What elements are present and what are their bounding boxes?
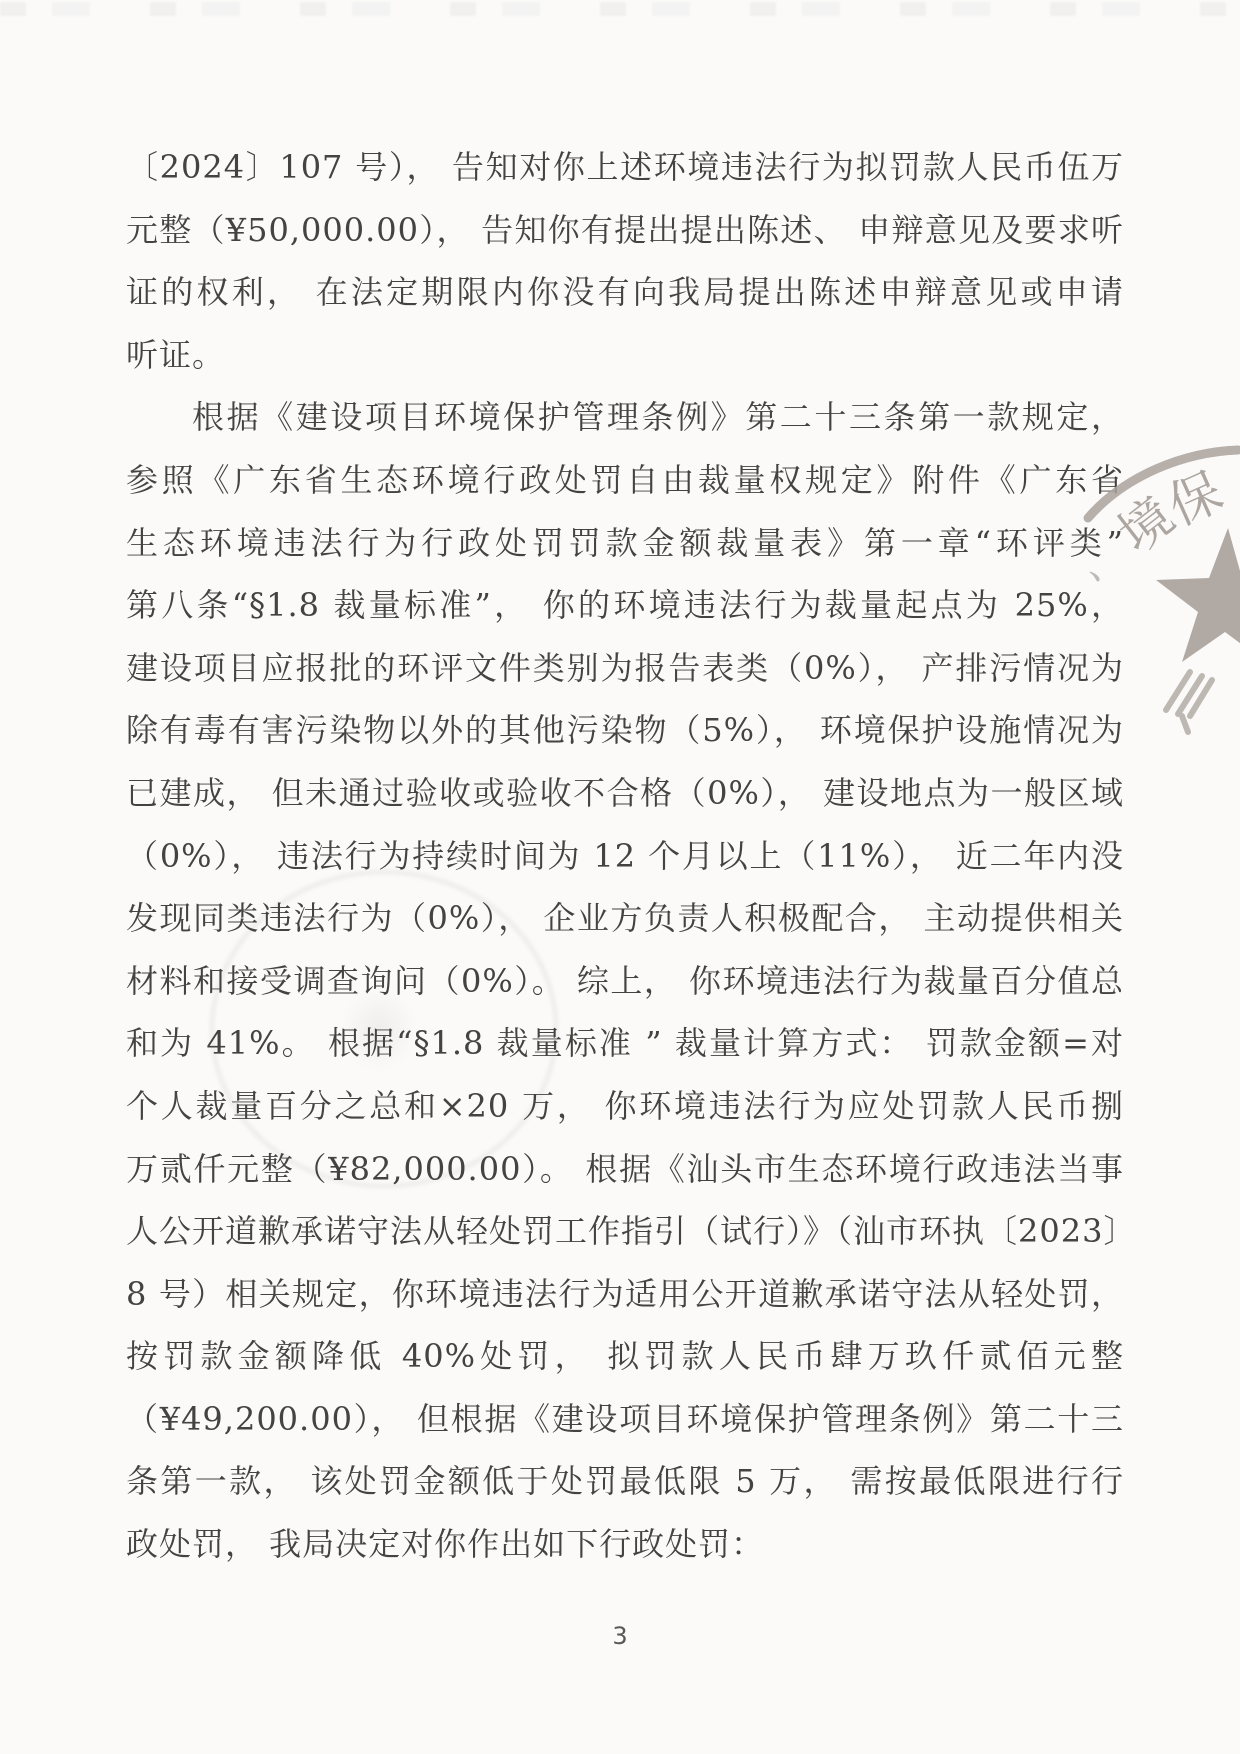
text-line: 材料和接受调查询问（0%）。 综上， 你环境违法行为裁量百分值总: [126, 950, 1124, 1013]
text-line: 和为 41%。 根据“§1.8 裁量标准 ” 裁量计算方式： 罚款金额=对: [126, 1012, 1124, 1075]
text-line: 按罚款金额降低 40%处罚， 拟罚款人民币肆万玖仟贰佰元整: [126, 1325, 1124, 1388]
page-number: 3: [0, 1622, 1240, 1650]
text-line: 已建成， 但未通过验收或验收不合格（0%）， 建设地点为一般区域: [126, 762, 1124, 825]
text-line: 个人裁量百分之总和×20 万， 你环境违法行为应处罚款人民币捌: [126, 1075, 1124, 1138]
seal-hatch-mark: [1166, 672, 1212, 732]
text-line: 建设项目应报批的环评文件类别为报告表类（0%）， 产排污情况为: [126, 637, 1124, 700]
text-line: 发现同类违法行为（0%）， 企业方负责人积极配合， 主动提供相关: [126, 887, 1124, 950]
text-line: 条第一款， 该处罚金额低于处罚最低限 5 万， 需按最低限进行行: [126, 1450, 1124, 1513]
text-line: 政处罚， 我局决定对你作出如下行政处罚：: [126, 1513, 1124, 1576]
text-line: 生态环境违法行为行政处罚罚款金额裁量表》第一章“环评类”: [126, 512, 1124, 575]
document-body: 〔2024〕107 号）， 告知对你上述环境违法行为拟罚款人民币伍万元整（¥50…: [126, 136, 1124, 1576]
paragraph: 根据《建设项目环境保护管理条例》第二十三条第一款规定，参照《广东省生态环境行政处…: [126, 386, 1124, 1575]
text-line: 8 号）相关规定，你环境违法行为适用公开道歉承诺守法从轻处罚，: [126, 1263, 1124, 1326]
text-line: 元整（¥50,000.00）， 告知你有提出提出陈述、 申辩意见及要求听: [126, 199, 1124, 262]
text-line: 人公开道歉承诺守法从轻处罚工作指引（试行）》（汕市环执〔2023〕: [126, 1200, 1124, 1263]
text-line: 参照《广东省生态环境行政处罚自由裁量权规定》附件《广东省: [126, 449, 1124, 512]
text-line: （0%）， 违法行为持续时间为 12 个月以上（11%）， 近二年内没有: [126, 825, 1124, 888]
text-line: 根据《建设项目环境保护管理条例》第二十三条第一款规定，: [126, 386, 1124, 449]
text-line: 〔2024〕107 号）， 告知对你上述环境违法行为拟罚款人民币伍万: [126, 136, 1124, 199]
paragraph: 〔2024〕107 号）， 告知对你上述环境违法行为拟罚款人民币伍万元整（¥50…: [126, 136, 1124, 386]
text-line: 证的权利， 在法定期限内你没有向我局提出陈述申辩意见或申请: [126, 261, 1124, 324]
scan-bleed-artifact: [0, 2, 1240, 16]
seal-star-icon: [1156, 528, 1240, 664]
text-line: 万贰仟元整（¥82,000.00）。 根据《汕头市生态环境行政违法当事: [126, 1138, 1124, 1201]
text-line: 除有毒有害污染物以外的其他污染物（5%）， 环境保护设施情况为: [126, 699, 1124, 762]
seal-arc-char-2: 保: [1160, 462, 1232, 538]
text-line: 第八条“§1.8 裁量标准”， 你的环境违法行为裁量起点为 25%，: [126, 574, 1124, 637]
text-line: （¥49,200.00）， 但根据《建设项目环境保护管理条例》第二十三: [126, 1388, 1124, 1451]
text-line: 听证。: [126, 324, 1124, 387]
